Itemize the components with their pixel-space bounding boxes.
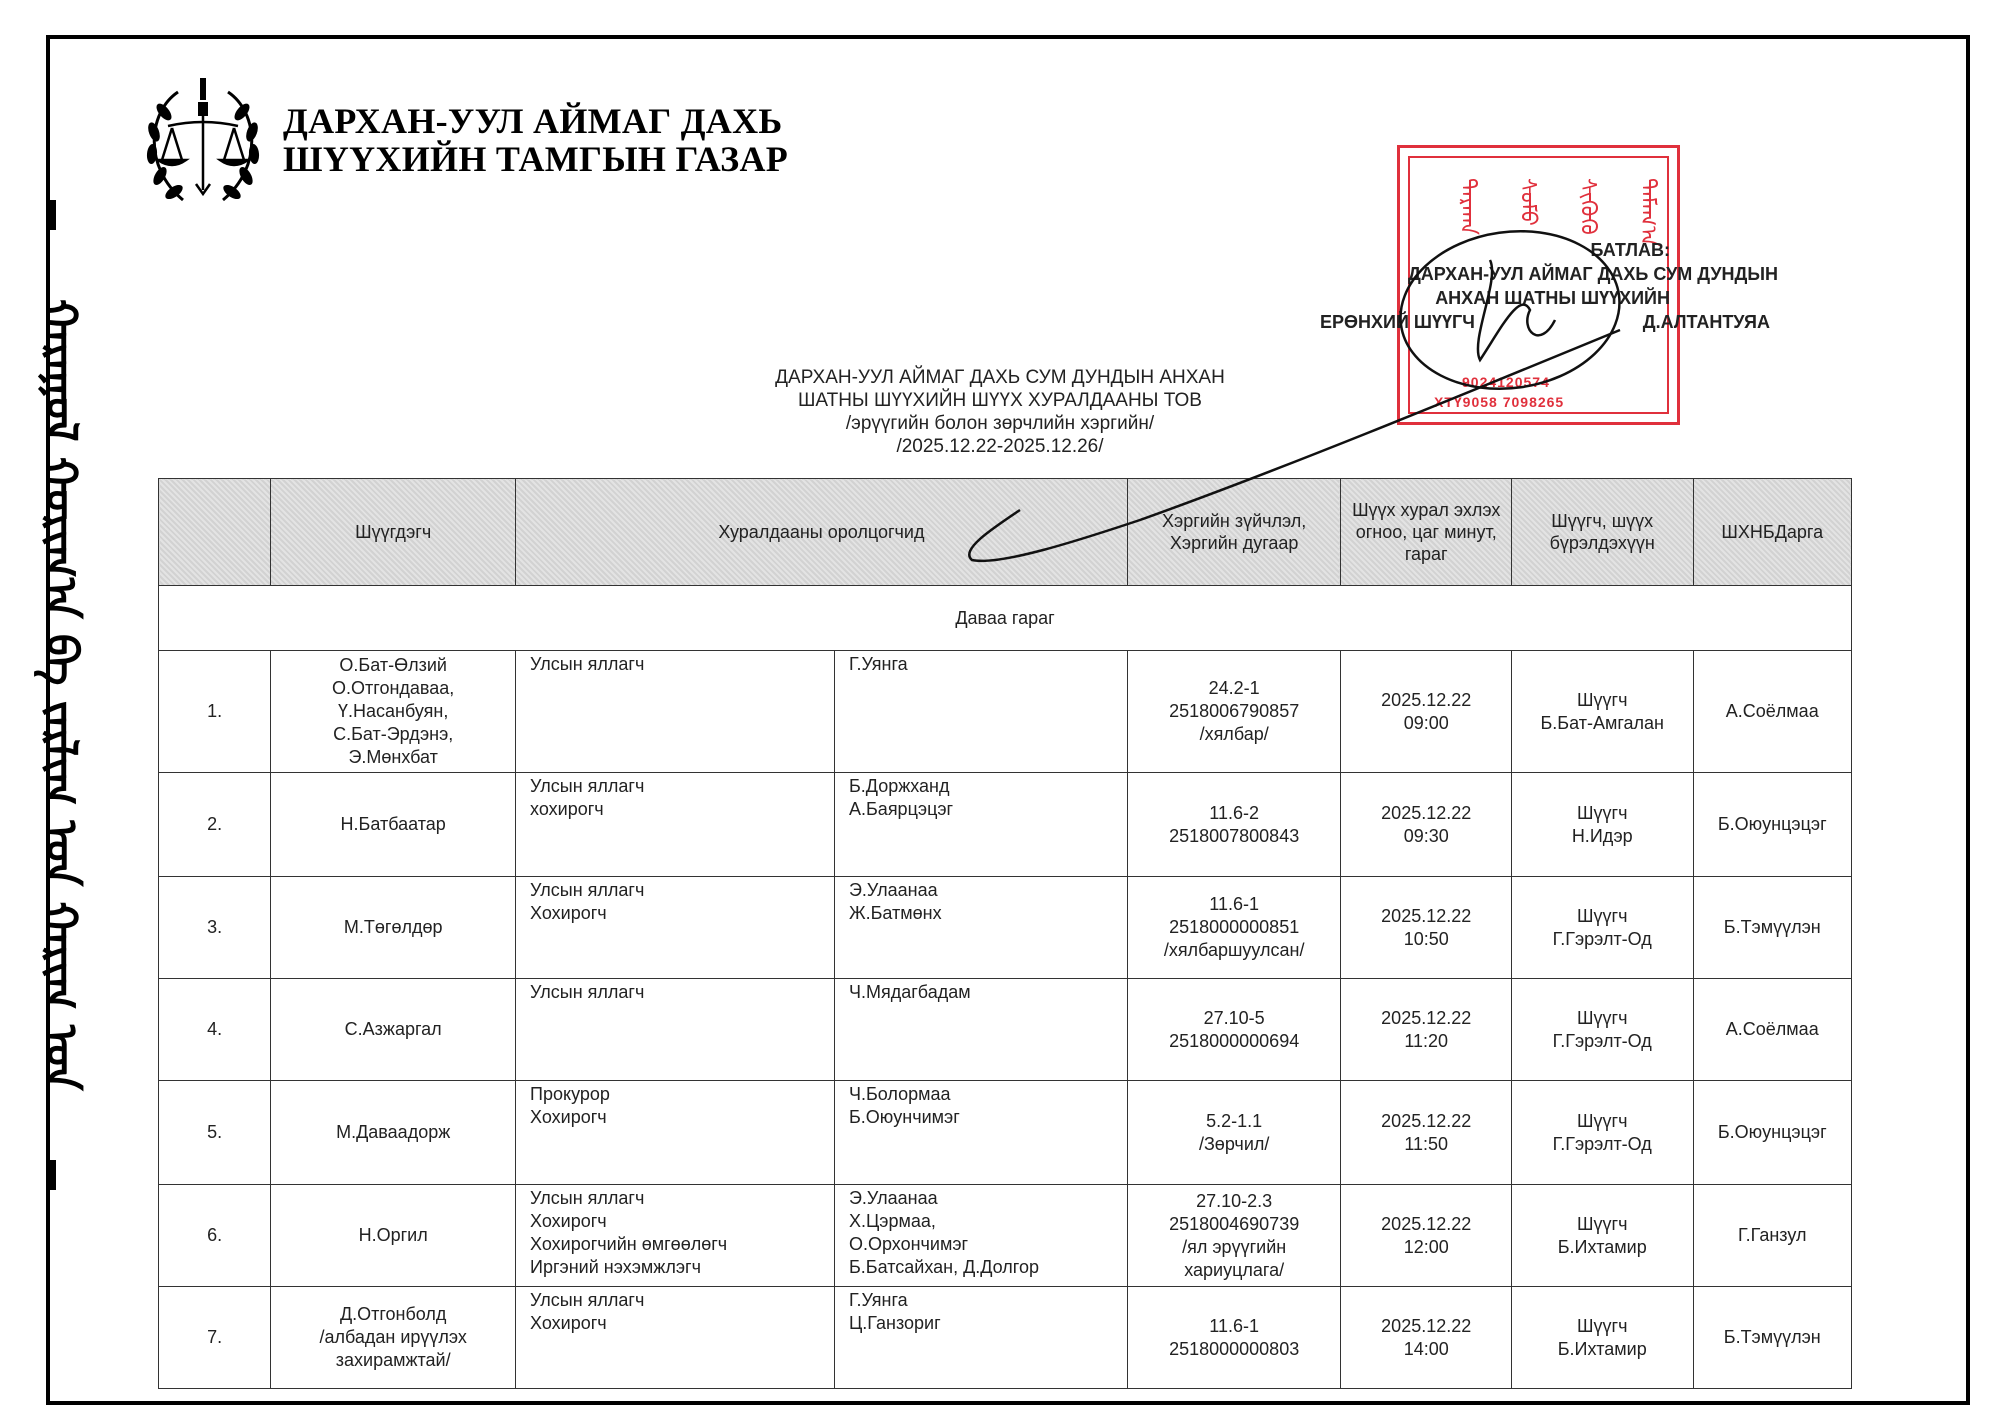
case-cell: 11.6-12518000000803 [1127, 1287, 1341, 1389]
participant-names-cell-line: Х.Цэрмаа, [849, 1210, 1126, 1233]
case-cell-line: 2518007800843 [1129, 825, 1340, 848]
datetime-cell-line: 10:50 [1342, 928, 1510, 951]
datetime-cell: 2025.12.2211:50 [1341, 1081, 1512, 1185]
judge-cell: ШүүгчГ.Гэрэлт-Од [1511, 1081, 1693, 1185]
datetime-cell-line: 2025.12.22 [1342, 1315, 1510, 1338]
case-cell-line: 5.2-1.1 [1129, 1110, 1340, 1133]
participant-names-cell-line: Б.Батсайхан, Д.Долгор [849, 1256, 1126, 1279]
document-title-line-3: /эрүүгийн болон зөрчлийн хэргийн/ [700, 412, 1300, 435]
approval-position: ЕРӨНХИЙ ШҮҮГЧ [1320, 310, 1475, 334]
participant-roles-cell-line: Хохирогчийн өмгөөлөгч [530, 1233, 833, 1256]
case-cell: 5.2-1.1/Зөрчил/ [1127, 1081, 1341, 1185]
defendant-cell-line: О.Отгондаваа, [272, 677, 514, 700]
approval-name: Д.АЛТАНТУЯА [1643, 310, 1770, 334]
case-cell-line: 2518000000851 [1129, 916, 1340, 939]
header-judge: Шүүгч, шүүх бүрэлдэхүүн [1511, 479, 1693, 586]
judge-cell: ШүүгчБ.Ихтамир [1511, 1185, 1693, 1287]
participant-names-cell: Ч.Мядагбадам [834, 979, 1127, 1081]
datetime-cell: 2025.12.2209:30 [1341, 773, 1512, 877]
table-row: 1.О.Бат-ӨлзийО.Отгондаваа,Ү.Насанбуян,С.… [159, 651, 1852, 773]
datetime-cell: 2025.12.2211:20 [1341, 979, 1512, 1081]
judge-cell-line: Шүүгч [1513, 1315, 1692, 1338]
datetime-cell-line: 09:30 [1342, 825, 1510, 848]
judge-cell: ШүүгчБ.Ихтамир [1511, 1287, 1693, 1389]
case-cell-line: /хялбаршуулсан/ [1129, 939, 1340, 962]
participant-names-cell-line: Ч.Болормаа [849, 1083, 1126, 1106]
datetime-cell: 2025.12.2209:00 [1341, 651, 1512, 773]
defendant-cell-line: М.Төгөлдөр [272, 916, 514, 939]
participant-names-cell: Э.УлаанааЖ.Батмөнх [834, 877, 1127, 979]
participant-roles-cell: Улсын яллагчхохирогч [516, 773, 835, 877]
defendant-cell: М.Төгөлдөр [271, 877, 516, 979]
table-row: 4.С.АзжаргалУлсын яллагчЧ.Мядагбадам27.1… [159, 979, 1852, 1081]
row-number: 4. [159, 979, 271, 1081]
participant-names-cell: Ч.БолормааБ.Оюунчимэг [834, 1081, 1127, 1185]
defendant-cell: М.Даваадорж [271, 1081, 516, 1185]
participant-names-cell: Г.Уянга [834, 651, 1127, 773]
document-title-line-4: /2025.12.22-2025.12.26/ [700, 435, 1300, 458]
header-case: Хэргийн зүйчлэл, Хэргийн дугаар [1127, 479, 1341, 586]
stamp-number-1: 9024120574 [1462, 374, 1550, 390]
defendant-cell-line: С.Бат-Эрдэнэ, [272, 723, 514, 746]
case-cell-line: 11.6-2 [1129, 802, 1340, 825]
participant-roles-cell-line: хохирогч [530, 798, 833, 821]
case-cell: 11.6-12518000000851/хялбаршуулсан/ [1127, 877, 1341, 979]
row-number: 6. [159, 1185, 271, 1287]
judge-cell-line: Г.Гэрэлт-Од [1513, 1133, 1692, 1156]
side-script-text: ᠬᠠᠷᠠᠭᠤᠯ ᠬᠣᠷᠢᠭ᠎ᠠ ᠪᠠ ᠵᠠᠷᠯᠢᠭ ᠤᠨ ᠬᠠᠷᠢᠭ ᠤᠨ [22, 220, 82, 1170]
defendant-cell-line: /албадан ирүүлэх [272, 1326, 514, 1349]
defendant-cell: Д.Отгонболд/албадан ирүүлэхзахирамжтай/ [271, 1287, 516, 1389]
datetime-cell-line: 2025.12.22 [1342, 1110, 1510, 1133]
participant-roles-cell-line: Улсын яллагч [530, 1289, 833, 1312]
row-number: 7. [159, 1287, 271, 1389]
judge-cell: ШүүгчГ.Гэрэлт-Од [1511, 979, 1693, 1081]
participant-names-cell: Г.УянгаЦ.Ганзориг [834, 1287, 1127, 1389]
judge-cell-line: Шүүгч [1513, 1110, 1692, 1133]
datetime-cell-line: 2025.12.22 [1342, 1007, 1510, 1030]
datetime-cell: 2025.12.2214:00 [1341, 1287, 1512, 1389]
defendant-cell-line: О.Бат-Өлзий [272, 654, 514, 677]
participant-roles-cell-line: Улсын яллагч [530, 775, 833, 798]
case-cell-line: 27.10-5 [1129, 1007, 1340, 1030]
datetime-cell-line: 2025.12.22 [1342, 689, 1510, 712]
case-cell-line: 2518006790857 [1129, 700, 1340, 723]
table-row: 2.Н.БатбаатарУлсын яллагчхохирогчБ.Доржх… [159, 773, 1852, 877]
judge-cell-line: Г.Гэрэлт-Од [1513, 1030, 1692, 1053]
judge-cell-line: Г.Гэрэлт-Од [1513, 928, 1692, 951]
document-title: ДАРХАН-УУЛ АЙМАГ ДАХЬ СУМ ДУНДЫН АНХАН Ш… [700, 366, 1300, 458]
participant-roles-cell: Улсын яллагчХохирогчХохирогчийн өмгөөлөг… [516, 1185, 835, 1287]
judge-cell-line: Б.Ихтамир [1513, 1236, 1692, 1259]
judge-cell-line: Шүүгч [1513, 689, 1692, 712]
case-cell-line: 2518000000694 [1129, 1030, 1340, 1053]
defendant-cell: С.Азжаргал [271, 979, 516, 1081]
row-number: 2. [159, 773, 271, 877]
stamp-number-2: ХТҮ9058 7098265 [1434, 394, 1564, 410]
defendant-cell-line: М.Даваадорж [272, 1121, 514, 1144]
header-number [159, 479, 271, 586]
case-cell-line: /хялбар/ [1129, 723, 1340, 746]
header-defendant: Шүүгдэгч [271, 479, 516, 586]
hearing-schedule-table: Шүүгдэгч Хуралдааны оролцогчид Хэргийн з… [158, 478, 1852, 1389]
participant-roles-cell-line: Улсын яллагч [530, 981, 833, 1004]
case-cell-line: /Зөрчил/ [1129, 1133, 1340, 1156]
defendant-cell: Н.Оргил [271, 1185, 516, 1287]
side-mongolian-script: ᠬᠠᠷᠠᠭᠤᠯ ᠬᠣᠷᠢᠭ᠎ᠠ ᠪᠠ ᠵᠠᠷᠯᠢᠭ ᠤᠨ ᠬᠠᠷᠢᠭ ᠤᠨ [0, 220, 110, 1170]
document-title-line-2: ШАТНЫ ШҮҮХИЙН ШҮҮХ ХУРАЛДААНЫ ТОВ [700, 389, 1300, 412]
defendant-cell-line: Ү.Насанбуян, [272, 700, 514, 723]
participant-roles-cell: Улсын яллагч [516, 651, 835, 773]
datetime-cell-line: 2025.12.22 [1342, 802, 1510, 825]
datetime-cell: 2025.12.2210:50 [1341, 877, 1512, 979]
case-cell-line: /ял эрүүгийн [1129, 1236, 1340, 1259]
case-cell-line: хариуцлага/ [1129, 1259, 1340, 1282]
judge-cell: ШүүгчГ.Гэрэлт-Од [1511, 877, 1693, 979]
participant-roles-cell-line: Хохирогч [530, 902, 833, 925]
participant-roles-cell-line: Хохирогч [530, 1312, 833, 1335]
table-row: 6.Н.ОргилУлсын яллагчХохирогчХохирогчийн… [159, 1185, 1852, 1287]
table-row: 7.Д.Отгонболд/албадан ирүүлэхзахирамжтай… [159, 1287, 1852, 1389]
participant-names-cell-line: А.Баярцэцэг [849, 798, 1126, 821]
datetime-cell-line: 12:00 [1342, 1236, 1510, 1259]
secretary-cell: Б.Оюунцэцэг [1693, 1081, 1852, 1185]
datetime-cell-line: 11:20 [1342, 1030, 1510, 1053]
approval-line-2: АНХАН ШАТНЫ ШҮҮХИЙН [1320, 286, 1800, 310]
judge-cell: ШүүгчН.Идэр [1511, 773, 1693, 877]
header-secretary: ШХНБДарга [1693, 479, 1852, 586]
row-number: 3. [159, 877, 271, 979]
approval-line-1: ДАРХАН-УУЛ АЙМАГ ДАХЬ СУМ ДУНДЫН [1320, 262, 1800, 286]
row-number: 5. [159, 1081, 271, 1185]
participant-names-cell-line: Ч.Мядагбадам [849, 981, 1126, 1004]
header-participants: Хуралдааны оролцогчид [516, 479, 1128, 586]
defendant-cell: Н.Батбаатар [271, 773, 516, 877]
approval-block: БАТЛАВ: ДАРХАН-УУЛ АЙМАГ ДАХЬ СУМ ДУНДЫН… [1320, 238, 1800, 334]
datetime-cell-line: 14:00 [1342, 1338, 1510, 1361]
table-row: 3.М.ТөгөлдөрУлсын яллагчХохирогчЭ.Улаана… [159, 877, 1852, 979]
document-title-line-1: ДАРХАН-УУЛ АЙМАГ ДАХЬ СУМ ДУНДЫН АНХАН [700, 366, 1300, 389]
participant-names-cell-line: Э.Улаанаа [849, 879, 1126, 902]
judge-cell: ШүүгчБ.Бат-Амгалан [1511, 651, 1693, 773]
datetime-cell: 2025.12.2212:00 [1341, 1185, 1512, 1287]
participant-names-cell-line: Б.Доржханд [849, 775, 1126, 798]
judge-cell-line: Шүүгч [1513, 905, 1692, 928]
participant-roles-cell-line: Улсын яллагч [530, 879, 833, 902]
participant-names-cell: Э.УлаанааХ.Цэрмаа,О.ОрхончимэгБ.Батсайха… [834, 1185, 1127, 1287]
participant-roles-cell-line: Иргэний нэхэмжлэгч [530, 1256, 833, 1279]
case-cell-line: 2518004690739 [1129, 1213, 1340, 1236]
defendant-cell-line: Д.Отгонболд [272, 1303, 514, 1326]
participant-roles-cell: ПрокурорХохирогч [516, 1081, 835, 1185]
datetime-cell-line: 11:50 [1342, 1133, 1510, 1156]
participant-roles-cell-line: Улсын яллагч [530, 1187, 833, 1210]
participant-names-cell-line: Ж.Батмөнх [849, 902, 1126, 925]
approval-label: БАТЛАВ: [1320, 238, 1800, 262]
participant-roles-cell: Улсын яллагчХохирогч [516, 877, 835, 979]
participant-roles-cell-line: Улсын яллагч [530, 653, 833, 676]
participant-roles-cell-line: Хохирогч [530, 1210, 833, 1233]
judge-cell-line: Шүүгч [1513, 802, 1692, 825]
defendant-cell-line: Н.Батбаатар [272, 813, 514, 836]
case-cell-line: 11.6-1 [1129, 1315, 1340, 1338]
day-row: Даваа гараг [159, 586, 1852, 651]
datetime-cell-line: 2025.12.22 [1342, 1213, 1510, 1236]
participant-roles-cell-line: Хохирогч [530, 1106, 833, 1129]
defendant-cell-line: С.Азжаргал [272, 1018, 514, 1041]
judge-cell-line: Н.Идэр [1513, 825, 1692, 848]
secretary-cell: Б.Тэмүүлэн [1693, 1287, 1852, 1389]
case-cell: 27.10-52518000000694 [1127, 979, 1341, 1081]
header-datetime: Шүүх хурал эхлэх огноо, цаг минут, гараг [1341, 479, 1512, 586]
table-row: 5.М.ДаваадоржПрокурорХохирогчЧ.БолормааБ… [159, 1081, 1852, 1185]
defendant-cell-line: Э.Мөнхбат [272, 746, 514, 769]
judge-cell-line: Б.Ихтамир [1513, 1338, 1692, 1361]
case-cell-line: 2518000000803 [1129, 1338, 1340, 1361]
case-cell-line: 27.10-2.3 [1129, 1190, 1340, 1213]
case-cell: 27.10-2.32518004690739/ял эрүүгийнхариуц… [1127, 1185, 1341, 1287]
judge-cell-line: Шүүгч [1513, 1213, 1692, 1236]
case-cell-line: 11.6-1 [1129, 893, 1340, 916]
secretary-cell: Г.Ганзул [1693, 1185, 1852, 1287]
participant-roles-cell: Улсын яллагчХохирогч [516, 1287, 835, 1389]
participant-roles-cell: Улсын яллагч [516, 979, 835, 1081]
case-cell-line: 24.2-1 [1129, 677, 1340, 700]
secretary-cell: А.Соёлмаа [1693, 979, 1852, 1081]
organization-line-2: ШҮҮХИЙН ТАМГЫН ГАЗАР [283, 140, 788, 178]
defendant-cell-line: захирамжтай/ [272, 1349, 514, 1372]
defendant-cell: О.Бат-ӨлзийО.Отгондаваа,Ү.Насанбуян,С.Ба… [271, 651, 516, 773]
judge-cell-line: Шүүгч [1513, 1007, 1692, 1030]
defendant-cell-line: Н.Оргил [272, 1224, 514, 1247]
secretary-cell: Б.Оюунцэцэг [1693, 773, 1852, 877]
datetime-cell-line: 2025.12.22 [1342, 905, 1510, 928]
judge-cell-line: Б.Бат-Амгалан [1513, 712, 1692, 735]
secretary-cell: Б.Тэмүүлэн [1693, 877, 1852, 979]
organization-line-1: ДАРХАН-УУЛ АЙМАГ ДАХЬ [283, 102, 788, 140]
participant-names-cell-line: Г.Уянга [849, 1289, 1126, 1312]
organization-title: ДАРХАН-УУЛ АЙМАГ ДАХЬ ШҮҮХИЙН ТАМГЫН ГАЗ… [283, 102, 788, 178]
participant-names-cell-line: Б.Оюунчимэг [849, 1106, 1126, 1129]
table-header-row: Шүүгдэгч Хуралдааны оролцогчид Хэргийн з… [159, 479, 1852, 586]
court-emblem-icon [138, 72, 268, 212]
day-label: Даваа гараг [159, 586, 1852, 651]
participant-names-cell-line: Э.Улаанаа [849, 1187, 1126, 1210]
participant-roles-cell-line: Прокурор [530, 1083, 833, 1106]
datetime-cell-line: 09:00 [1342, 712, 1510, 735]
secretary-cell: А.Соёлмаа [1693, 651, 1852, 773]
participant-names-cell-line: Ц.Ганзориг [849, 1312, 1126, 1335]
row-number: 1. [159, 651, 271, 773]
case-cell: 11.6-22518007800843 [1127, 773, 1341, 877]
participant-names-cell-line: Г.Уянга [849, 653, 1126, 676]
participant-names-cell: Б.ДоржхандА.Баярцэцэг [834, 773, 1127, 877]
case-cell: 24.2-12518006790857/хялбар/ [1127, 651, 1341, 773]
participant-names-cell-line: О.Орхончимэг [849, 1233, 1126, 1256]
